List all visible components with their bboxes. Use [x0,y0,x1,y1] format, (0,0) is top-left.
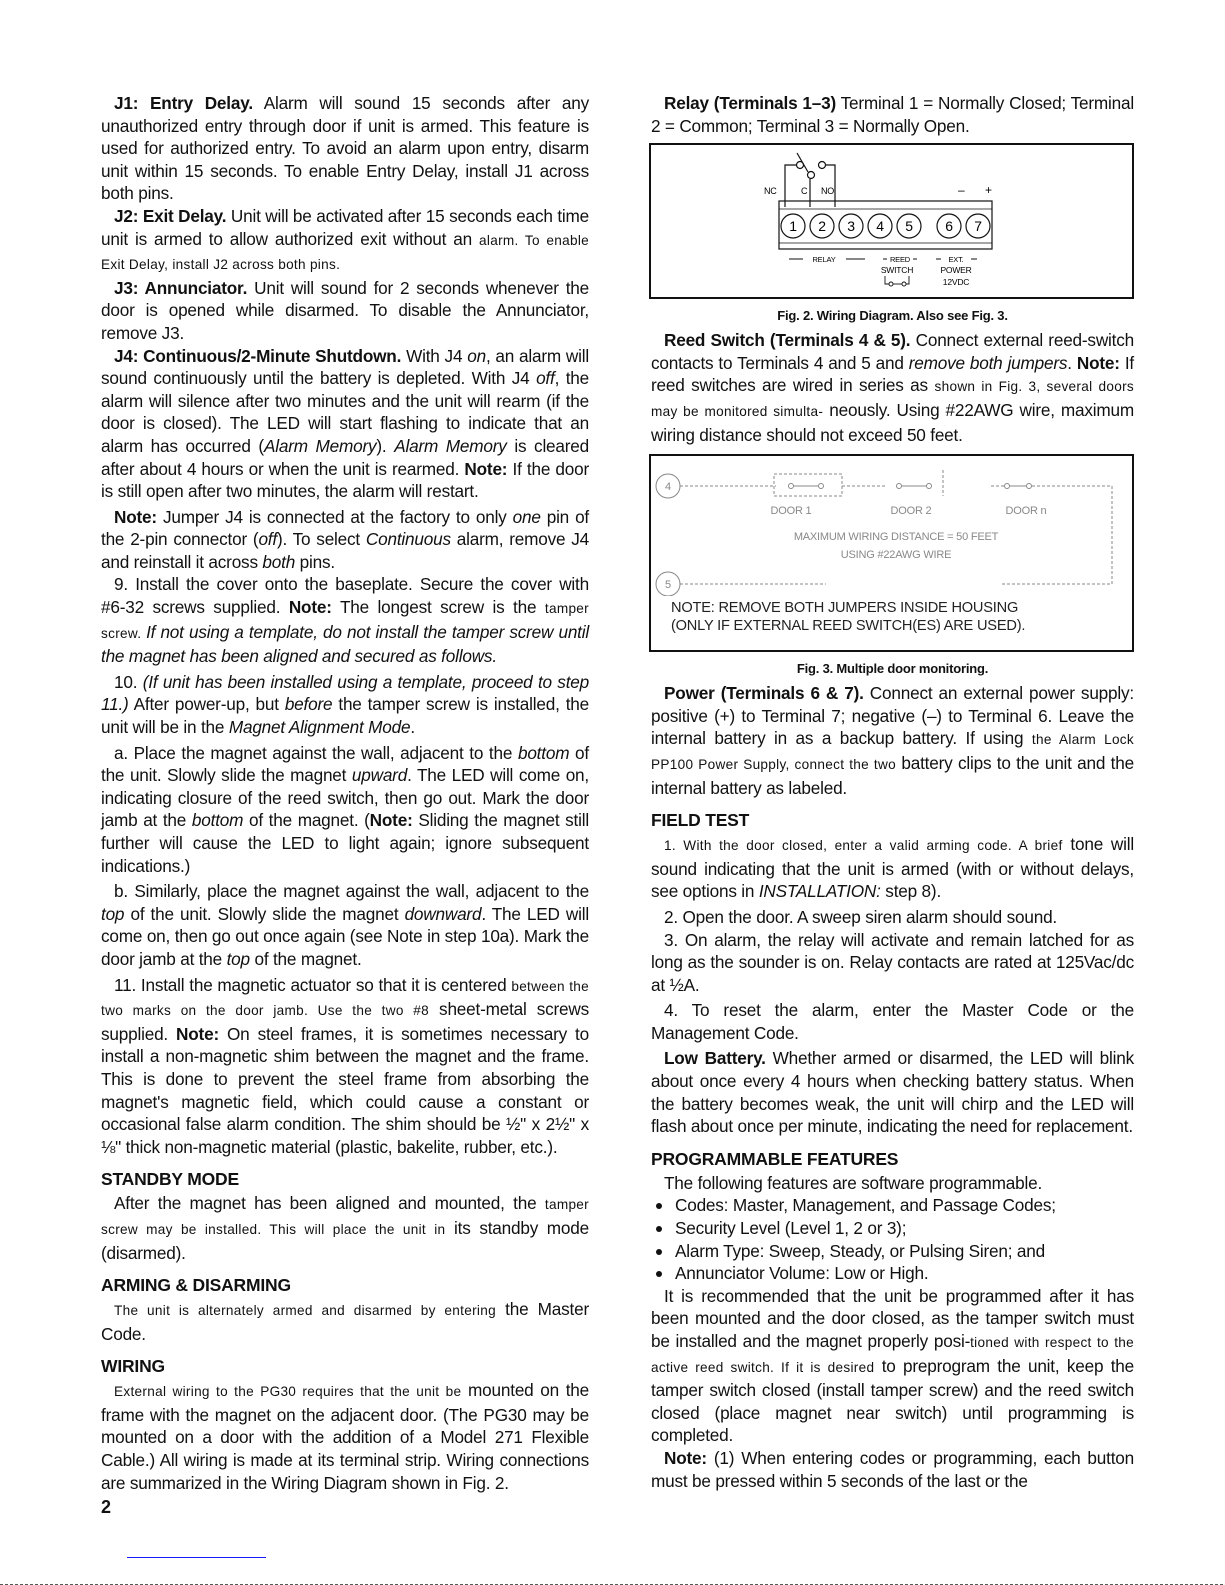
svg-text:5: 5 [905,218,913,234]
programmable-intro: The following features are software prog… [651,1172,1134,1195]
step-11-paragraph: 11. Install the magnetic actuator so tha… [101,974,589,1159]
fig2-caption: Fig. 2. Wiring Diagram. Also see Fig. 3. [651,307,1134,325]
svg-text:RELAY: RELAY [812,255,835,264]
list-item: Codes: Master, Management, and Passage C… [651,1194,1134,1217]
svg-text:USING #22AWG WIRE: USING #22AWG WIRE [841,549,952,561]
programming-recommendation-paragraph: It is recommended that the unit be progr… [651,1285,1134,1447]
wiring-paragraph: External wiring to the PG30 requires tha… [101,1379,589,1494]
field-test-step-1: 1. With the door closed, enter a valid a… [651,833,1134,903]
j3-paragraph: J3: Annunciator. Unit will sound for 2 s… [101,277,589,345]
j4-note-paragraph: Note: Jumper J4 is connected at the fact… [101,506,589,574]
wiring-diagram-figure: NC C NO – + 1 2 3 4 5 [649,143,1134,299]
svg-text:4: 4 [665,481,671,493]
terminal-circles [781,214,990,238]
svg-text:+: + [985,183,992,197]
j4-paragraph: J4: Continuous/2-Minute Shutdown. With J… [101,345,589,503]
field-test-step-3: 3. On alarm, the relay will activate and… [651,929,1134,997]
terminal-strip-diagram: NC C NO – + 1 2 3 4 5 [651,145,1130,297]
arming-paragraph: The unit is alternately armed and disarm… [101,1298,589,1345]
svg-text:–: – [958,183,965,197]
svg-text:MAXIMUM WIRING DISTANCE = 50 F: MAXIMUM WIRING DISTANCE = 50 FEET [794,531,999,543]
svg-text:2: 2 [818,218,826,234]
svg-text:DOOR n: DOOR n [1006,505,1047,517]
left-column: J1: Entry Delay. Alarm will sound 15 sec… [101,92,589,1519]
page-number: 2 [101,1496,589,1519]
list-item: Annunciator Volume: Low or High. [651,1262,1134,1285]
svg-text:5: 5 [665,579,671,591]
step-9-paragraph: 9. Install the cover onto the baseplate.… [101,573,589,667]
svg-text:REED: REED [890,255,911,264]
relay-switch-icon [785,153,835,207]
fig3-note: NOTE: REMOVE BOTH JUMPERS INSIDE HOUSING… [671,599,1025,635]
svg-text:3: 3 [847,218,855,234]
standby-mode-heading: STANDBY MODE [101,1168,589,1190]
svg-text:4: 4 [876,218,884,234]
svg-text:NC: NC [764,186,777,196]
svg-text:DOOR 2: DOOR 2 [891,505,932,517]
step-10b-paragraph: b. Similarly, place the magnet against t… [101,880,589,970]
bottom-link-underline [127,1557,266,1558]
reed-switch-paragraph: Reed Switch (Terminals 4 & 5). Connect e… [651,329,1134,446]
field-test-step-4: 4. To reset the alarm, enter the Master … [651,999,1134,1044]
list-item: Security Level (Level 1, 2 or 3); [651,1217,1134,1240]
low-battery-paragraph: Low Battery. Whether armed or disarmed, … [651,1047,1134,1137]
multiple-door-figure: 4 5 DOOR 1 DOOR 2 DOOR n MAXIMUM WIRING … [649,454,1134,652]
fig3-caption: Fig. 3. Multiple door monitoring. [651,660,1134,678]
svg-text:7: 7 [974,218,982,234]
svg-text:DOOR 1: DOOR 1 [771,505,812,517]
svg-text:6: 6 [945,218,953,234]
step-10a-paragraph: a. Place the magnet against the wall, ad… [101,742,589,878]
field-test-step-2: 2. Open the door. A sweep siren alarm sh… [651,906,1134,929]
programmable-features-heading: PROGRAMMABLE FEATURES [651,1148,1134,1170]
svg-text:1: 1 [789,218,797,234]
svg-text:NO: NO [821,186,834,196]
programming-note-paragraph: Note: (1) When entering codes or program… [651,1447,1134,1492]
standby-paragraph: After the magnet has been aligned and mo… [101,1192,589,1264]
field-test-heading: FIELD TEST [651,809,1134,831]
wiring-heading: WIRING [101,1355,589,1377]
svg-text:POWER: POWER [940,265,971,275]
right-column: Relay (Terminals 1–3) Terminal 1 = Norma… [651,92,1134,1492]
j2-paragraph: J2: Exit Delay. Unit will be activated a… [101,205,589,277]
programmable-features-list: Codes: Master, Management, and Passage C… [651,1194,1134,1284]
relay-paragraph: Relay (Terminals 1–3) Terminal 1 = Norma… [651,92,1134,137]
door-series-diagram: 4 5 DOOR 1 DOOR 2 DOOR n MAXIMUM WIRING … [651,456,1130,596]
power-paragraph: Power (Terminals 6 & 7). Connect an exte… [651,682,1134,799]
svg-text:C: C [801,186,808,196]
reed-switch-icon [885,276,909,286]
svg-text:SWITCH: SWITCH [881,265,913,275]
svg-text:EXT.: EXT. [948,255,963,264]
step-10-paragraph: 10. (If unit has been installed using a … [101,671,589,739]
arming-disarming-heading: ARMING & DISARMING [101,1274,589,1296]
list-item: Alarm Type: Sweep, Steady, or Pulsing Si… [651,1240,1134,1263]
j1-paragraph: J1: Entry Delay. Alarm will sound 15 sec… [101,92,589,205]
svg-text:12VDC: 12VDC [943,277,969,287]
